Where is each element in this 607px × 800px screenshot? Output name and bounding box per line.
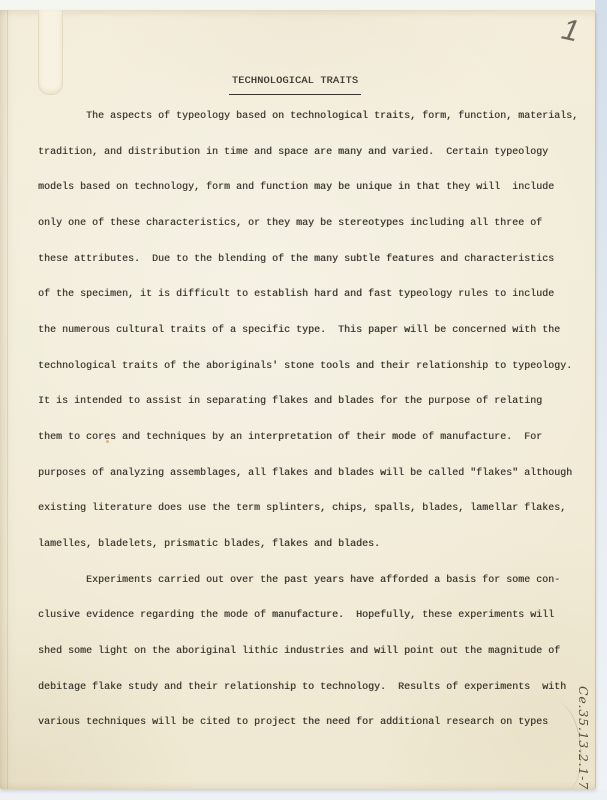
paper-edge-crease: [7, 10, 8, 789]
scanned-document: 1 TECHNOLOGICAL TRAITS The aspects of ty…: [0, 0, 607, 800]
typed-text-block: The aspects of typeology based on techno…: [38, 99, 588, 741]
typed-line: existing literature does use the term sp…: [38, 491, 588, 527]
typed-line: of the specimen, it is difficult to esta…: [38, 277, 588, 313]
typed-line: these attributes. Due to the blending of…: [38, 242, 588, 278]
document-title-row: TECHNOLOGICAL TRAITS: [28, 74, 562, 95]
document-page: 1 TECHNOLOGICAL TRAITS The aspects of ty…: [0, 10, 596, 789]
typed-line: technological traits of the aboriginals'…: [38, 349, 588, 385]
typed-line: The aspects of typeology based on techno…: [38, 99, 588, 135]
typed-line: lamelles, bladelets, prismatic blades, f…: [38, 527, 588, 563]
typed-line: purposes of analyzing assemblages, all f…: [38, 456, 588, 492]
typed-line: debitage flake study and their relations…: [38, 670, 588, 706]
typed-line: clusive evidence regarding the mode of m…: [38, 598, 588, 634]
typed-line: tradition, and distribution in time and …: [38, 135, 588, 171]
typed-line: them to cores and techniques by an inter…: [38, 420, 588, 456]
handwritten-page-number: 1: [559, 13, 582, 50]
typed-line: It is intended to assist in separating f…: [38, 384, 588, 420]
scan-bed-margin-top: [0, 0, 607, 10]
scan-bed-margin-right: [595, 0, 607, 800]
typed-line: only one of these characteristics, or th…: [38, 206, 588, 242]
document-title: TECHNOLOGICAL TRAITS: [229, 74, 361, 95]
typed-line: various techniques will be cited to proj…: [38, 705, 588, 741]
handwritten-catalog-number: Ce.35.13.2.1-7: [576, 686, 591, 790]
typed-line: shed some light on the aboriginal lithic…: [38, 634, 588, 670]
typed-line: the numerous cultural traits of a specif…: [38, 313, 588, 349]
typed-line: models based on technology, form and fun…: [38, 170, 588, 206]
typed-line: Experiments carried out over the past ye…: [38, 563, 588, 599]
scan-bed-margin-bottom: [0, 789, 607, 800]
